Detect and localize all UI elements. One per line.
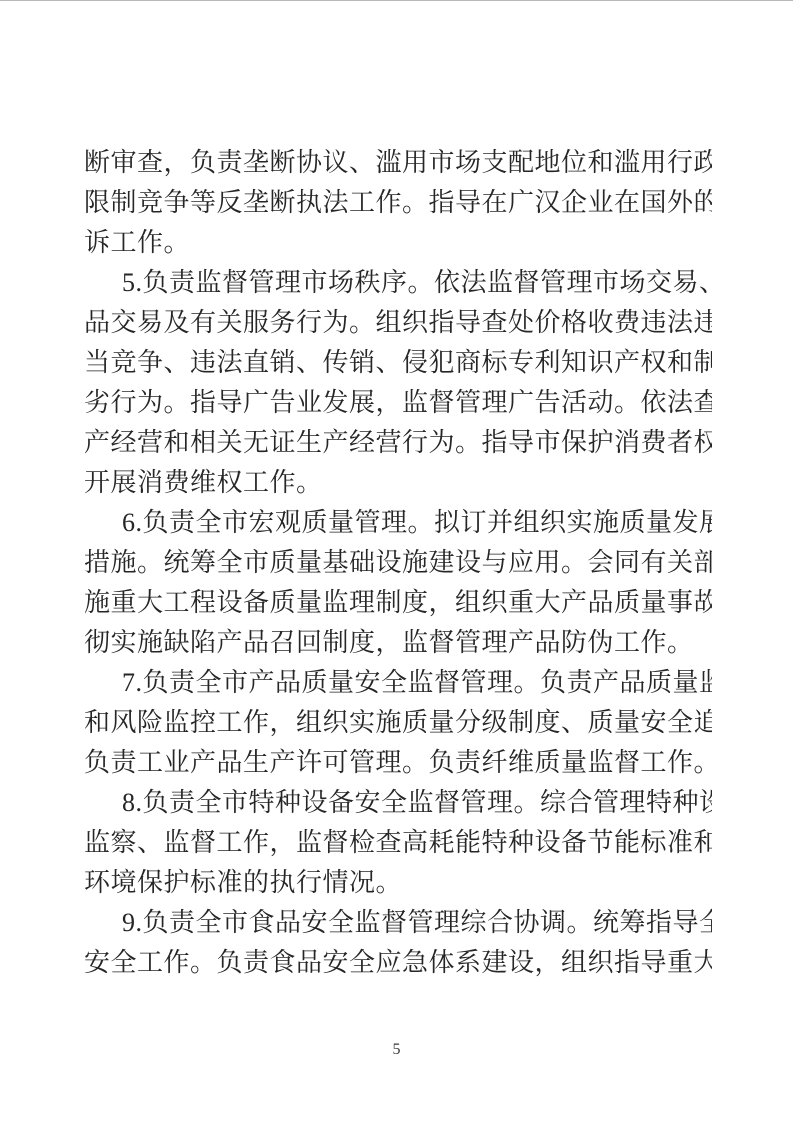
document-body: 断审查，负责垄断协议、滥用市场支配地位和滥用行政权力排除、限制竞争等反垄断执法工… (84, 143, 712, 983)
paragraph: 5.负责监督管理市场秩序。依法监督管理市场交易、网络商品交易及有关服务行为。组织… (84, 263, 712, 503)
text-line: 断审查，负责垄断协议、滥用市场支配地位和滥用行政权力排除、 (84, 143, 712, 183)
text-line: 当竞争、违法直销、传销、侵犯商标专利知识产权和制售假冒伪 (84, 343, 712, 383)
text-line: 彻实施缺陷产品召回制度，监督管理产品防伪工作。 (84, 623, 712, 663)
text-line: 诉工作。 (84, 223, 712, 263)
text-line: 措施。统筹全市质量基础设施建设与应用。会同有关部门组织实 (84, 543, 712, 583)
text-line: 8.负责全市特种设备安全监督管理。综合管理特种设备安全 (84, 783, 712, 823)
text-line: 9.负责全市食品安全监督管理综合协调。统筹指导全市食品 (84, 903, 712, 943)
paragraph: 6.负责全市宏观质量管理。拟订并组织实施质量发展的制度措施。统筹全市质量基础设施… (84, 503, 712, 663)
text-line: 6.负责全市宏观质量管理。拟订并组织实施质量发展的制度 (84, 503, 712, 543)
text-line: 施重大工程设备质量监理制度，组织重大产品质量事故调查，贯 (84, 583, 712, 623)
paragraph: 断审查，负责垄断协议、滥用市场支配地位和滥用行政权力排除、限制竞争等反垄断执法工… (84, 143, 712, 263)
text-line: 监察、监督工作，监督检查高耗能特种设备节能标准和锅炉产品 (84, 823, 712, 863)
text-line: 环境保护标准的执行情况。 (84, 863, 712, 903)
paragraph: 9.负责全市食品安全监督管理综合协调。统筹指导全市食品安全工作。负责食品安全应急… (84, 903, 712, 983)
text-line: 限制竞争等反垄断执法工作。指导在广汉企业在国外的反垄断应 (84, 183, 712, 223)
text-line: 劣行为。指导广告业发展，监督管理广告活动。依法查处无照生 (84, 383, 712, 423)
text-line: 产经营和相关无证生产经营行为。指导市保护消费者权益委员会 (84, 423, 712, 463)
text-line: 品交易及有关服务行为。组织指导查处价格收费违法违规、不正 (84, 303, 712, 343)
text-line: 开展消费维权工作。 (84, 463, 712, 503)
text-line: 5.负责监督管理市场秩序。依法监督管理市场交易、网络商 (84, 263, 712, 303)
text-line: 安全工作。负责食品安全应急体系建设，组织指导重大食品安全 (84, 943, 712, 983)
text-line: 7.负责全市产品质量安全监督管理。负责产品质量监督抽查 (84, 663, 712, 703)
document-page: 断审查，负责垄断协议、滥用市场支配地位和滥用行政权力排除、限制竞争等反垄断执法工… (0, 0, 793, 1122)
page-number: 5 (0, 1040, 793, 1060)
paragraph: 8.负责全市特种设备安全监督管理。综合管理特种设备安全监察、监督工作，监督检查高… (84, 783, 712, 903)
text-line: 负责工业产品生产许可管理。负责纤维质量监督工作。 (84, 743, 712, 783)
text-line: 和风险监控工作，组织实施质量分级制度、质量安全追溯制度。 (84, 703, 712, 743)
paragraph: 7.负责全市产品质量安全监督管理。负责产品质量监督抽查和风险监控工作，组织实施质… (84, 663, 712, 783)
scan-edge-line (0, 0, 793, 1)
